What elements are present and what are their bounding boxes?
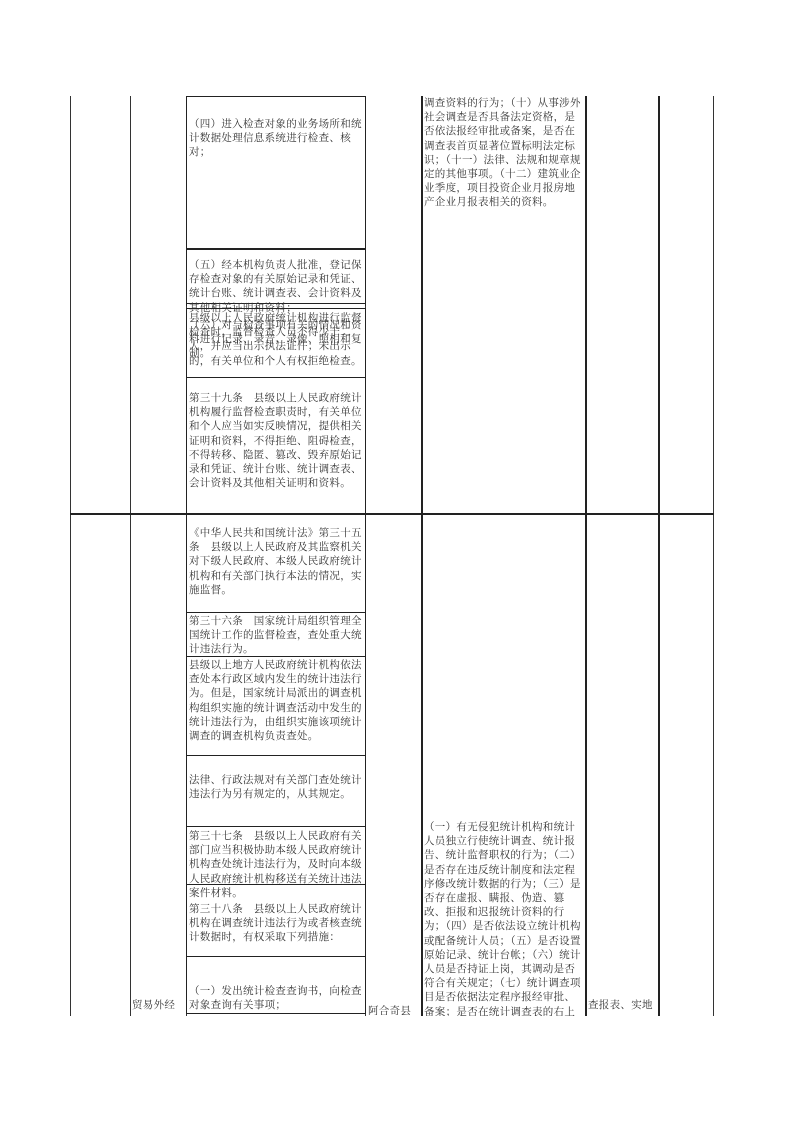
- column-border: [70, 96, 71, 1040]
- inspection-content-text: 调查资料的行为；（十）从事涉外社会调查是否具备法定资格，是否依法报经审批或备案，…: [424, 96, 584, 210]
- inspection-content-text: （一）有无侵犯统计机构和统计人员独立行使统计调查、统计报告、统计监督职权的行为；…: [424, 820, 584, 1040]
- document-page: （四）进入检查对象的业务场所和统计数据处理信息系统进行检查、核对； （五）经本机…: [0, 0, 793, 1122]
- column-border: [713, 96, 714, 1040]
- column-border: [421, 96, 423, 1040]
- basis-text: 《中华人民共和国统计法》第三十五条 县级以上人民政府及其监察机关对下级人民政府、…: [189, 526, 364, 597]
- basis-text: （四）进入检查对象的业务场所和统计数据处理信息系统进行检查、核对；: [189, 117, 364, 160]
- basis-text: 第三十六条 国家统计局组织管理全国统计工作的监督检查，查处重大统计违法行为。: [189, 614, 364, 657]
- method-clip: 查报表、实地: [587, 998, 657, 1014]
- basis-text: 第三十八条 县级以上人民政府统计机构在调查统计违法行为或者核查统计数据时，有权采…: [189, 902, 364, 945]
- method-label: 查报表、实地: [588, 998, 657, 1012]
- row-divider: [70, 513, 714, 515]
- basis-cell: [186, 304, 366, 307]
- region-label: 阿合奇县: [368, 1004, 421, 1015]
- inspection-content-clip: （一）有无侵犯统计机构和统计人员独立行使统计调查、统计报告、统计监督职权的行为；…: [424, 790, 584, 1040]
- basis-text: （一）发出统计检查查询书，向检查对象查询有关事项；: [189, 984, 364, 1012]
- basis-text: 法律、行政法规对有关部门查处统计违法行为另有规定的，从其规定。: [189, 773, 364, 801]
- basis-text: 县级以上地方人民政府统计机构依法查处本行政区域内发生的统计违法行为。但是，国家统…: [189, 658, 364, 743]
- basis-text: 县级以上人民政府统计机构进行监督检查时，监督检查人员不得少于二人，并应当出示执法…: [189, 311, 364, 368]
- basis-cell: [186, 180, 366, 306]
- region-clip: 阿合奇县: [366, 1004, 421, 1015]
- column-border: [658, 96, 660, 1040]
- column-border: [130, 96, 131, 1040]
- category-clip: 贸易外经: [131, 998, 186, 1014]
- column-border: [585, 96, 587, 1040]
- basis-text: 第三十九条 县级以上人民政府统计机构履行监督检查职责时，有关单位和个人应当如实反…: [189, 391, 364, 490]
- category-label: 贸易外经: [132, 998, 186, 1012]
- page-bottom-margin: [0, 1016, 793, 1122]
